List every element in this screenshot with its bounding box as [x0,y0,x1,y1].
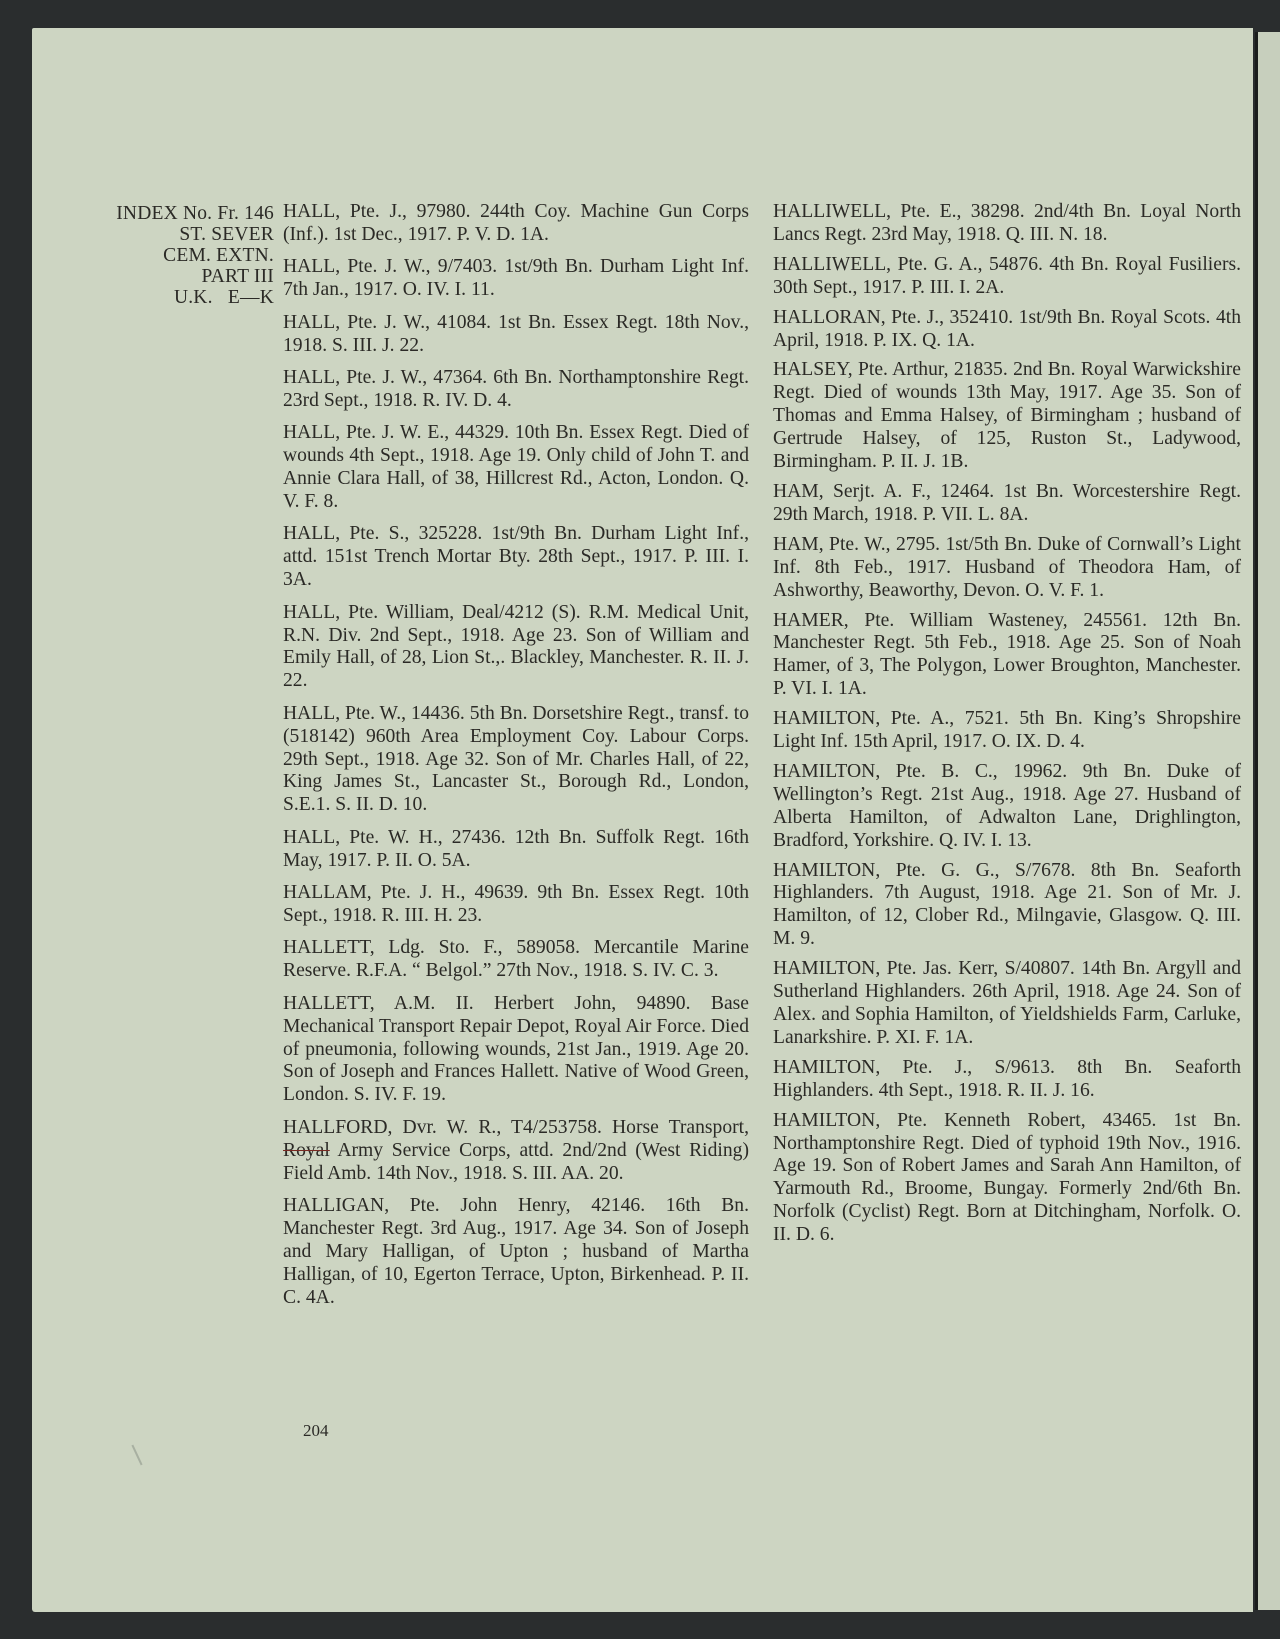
list-item: HALLIWELL, Pte. E., 38298. 2nd/4th Bn. L… [773,201,1241,247]
list-item: HALL, Pte. J. W., 9/7403. 1st/9th Bn. Du… [283,256,749,302]
list-item: HAMILTON, Pte. B. C., 19962. 9th Bn. Duk… [773,761,1241,853]
page-number: 204 [303,1421,329,1441]
right-column: HALLIWELL, Pte. E., 38298. 2nd/4th Bn. L… [773,201,1241,1254]
list-item: HALLIWELL, Pte. G. A., 54876. 4th Bn. Ro… [773,254,1241,300]
letter-range: U.K. E—K [72,287,274,308]
list-item: HALL, Pte. J., 97980. 244th Coy. Machine… [283,201,749,247]
list-item: HAMILTON, Pte. J., S/9613. 8th Bn. Seafo… [773,1057,1241,1103]
cemetery-extension: CEM. EXTN. [72,245,274,266]
list-item: HAMILTON, Pte. G. G., S/7678. 8th Bn. Se… [773,860,1241,952]
list-item: HAM, Serjt. A. F., 12464. 1st Bn. Worces… [773,481,1241,527]
list-item: HAMILTON, Pte. Jas. Kerr, S/40807. 14th … [773,958,1241,1050]
list-item: HALL, Pte. J. W., 47364. 6th Bn. Northam… [283,367,749,413]
index-number: INDEX No. Fr. 146 [72,203,274,224]
list-item: HALLFORD, Dvr. W. R., T4/253758. Horse T… [283,1117,749,1186]
list-item: HALL, Pte. S., 325228. 1st/9th Bn. Durha… [283,523,749,592]
list-item: HALL, Pte. William, Deal/4212 (S). R.M. … [283,602,749,694]
list-item: HALLETT, Ldg. Sto. F., 589058. Mercantil… [283,937,749,983]
list-item: HAMILTON, Pte. A., 7521. 5th Bn. King’s … [773,708,1241,754]
list-item: HALL, Pte. W. H., 27436. 12th Bn. Suffol… [283,827,749,873]
list-item: HALLORAN, Pte. J., 352410. 1st/9th Bn. R… [773,307,1241,353]
list-item: HALLAM, Pte. J. H., 49639. 9th Bn. Essex… [283,882,749,928]
list-item: HALLIGAN, Pte. John Henry, 42146. 16th B… [283,1195,749,1310]
list-item: HALSEY, Pte. Arthur, 21835. 2nd Bn. Roya… [773,359,1241,474]
cemetery-name: ST. SEVER [72,224,274,245]
pencil-mark [131,1445,142,1466]
list-item: HALLETT, A.M. II. Herbert John, 94890. B… [283,993,749,1108]
list-item: HAM, Pte. W., 2795. 1st/5th Bn. Duke of … [773,534,1241,603]
adjacent-page-edge [1255,32,1280,1610]
part-label: PART III [72,266,274,287]
struck-through-word: Royal [283,1140,330,1161]
list-item: HAMILTON, Pte. Kenneth Robert, 43465. 1s… [773,1110,1241,1247]
list-item: HALL, Pte. J. W., 41084. 1st Bn. Essex R… [283,312,749,358]
left-column: HALL, Pte. J., 97980. 244th Coy. Machine… [283,201,749,1319]
list-item: HAMER, Pte. William Wasteney, 245561. 12… [773,610,1241,702]
index-sidebar-label: INDEX No. Fr. 146 ST. SEVER CEM. EXTN. P… [72,203,274,308]
list-item: HALL, Pte. J. W. E., 44329. 10th Bn. Ess… [283,422,749,514]
document-page: INDEX No. Fr. 146 ST. SEVER CEM. EXTN. P… [32,28,1253,1612]
entry-text: HALLFORD, Dvr. W. R., T4/253758. Horse T… [283,1117,749,1138]
entry-text: Army Service Corps, attd. 2nd/2nd (West … [283,1140,749,1184]
list-item: HALL, Pte. W., 14436. 5th Bn. Dorsetshir… [283,703,749,818]
